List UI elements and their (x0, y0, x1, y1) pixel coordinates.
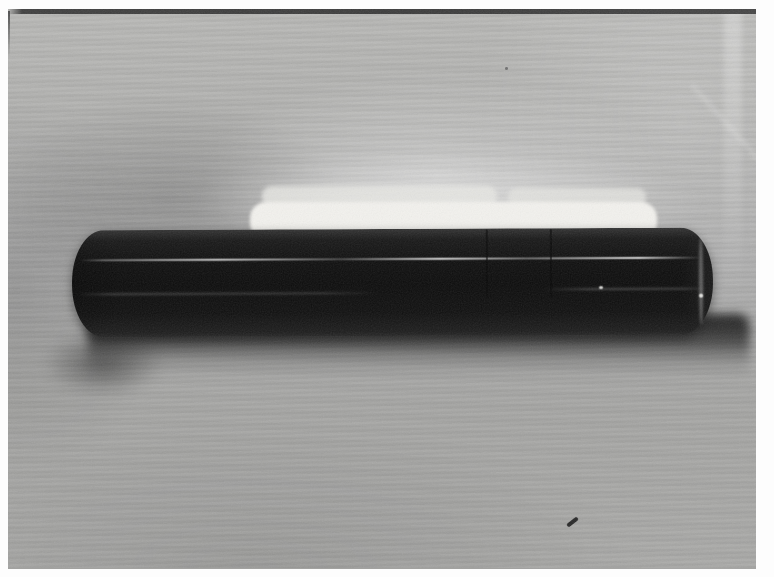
photograph (8, 9, 756, 569)
film-grain-overlay (8, 9, 756, 568)
page: { "scene": { "title": "Photograph of a b… (0, 0, 774, 577)
